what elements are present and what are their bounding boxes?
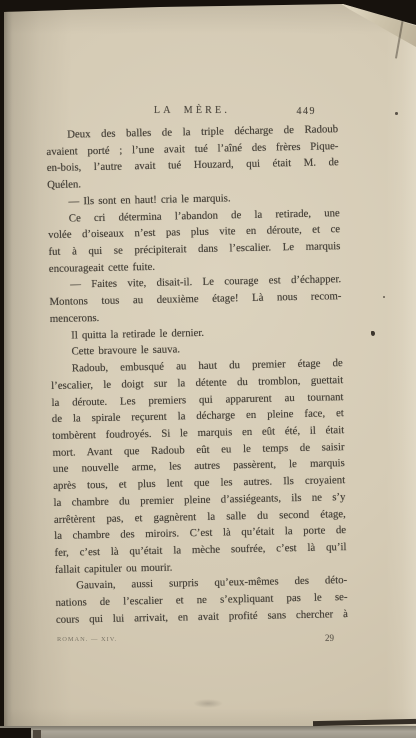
body-text: Deux des balles de la triple décharge de… bbox=[46, 121, 348, 628]
bottom-left-dark-corner bbox=[0, 728, 31, 738]
book-photo: LA MÈRE. 449 Deux des balles de la tripl… bbox=[0, 0, 416, 738]
ink-speck bbox=[371, 331, 375, 336]
running-title: LA MÈRE. bbox=[46, 105, 338, 116]
page-gutter-edge bbox=[4, 8, 12, 728]
running-head: LA MÈRE. 449 bbox=[46, 105, 338, 119]
bottom-left-dark-corner-small bbox=[33, 730, 41, 738]
book-page: LA MÈRE. 449 Deux des balles de la tripl… bbox=[0, 0, 416, 738]
page-corner-fold bbox=[340, 3, 416, 47]
ink-speck bbox=[395, 112, 398, 115]
footer-page-number: 29 bbox=[325, 633, 334, 643]
page-number: 449 bbox=[297, 106, 317, 117]
ink-speck bbox=[383, 296, 385, 298]
book-fore-edge bbox=[0, 726, 416, 738]
paper-smudge bbox=[193, 699, 223, 708]
signature-mark: ROMAN. — XIV. bbox=[57, 636, 117, 643]
